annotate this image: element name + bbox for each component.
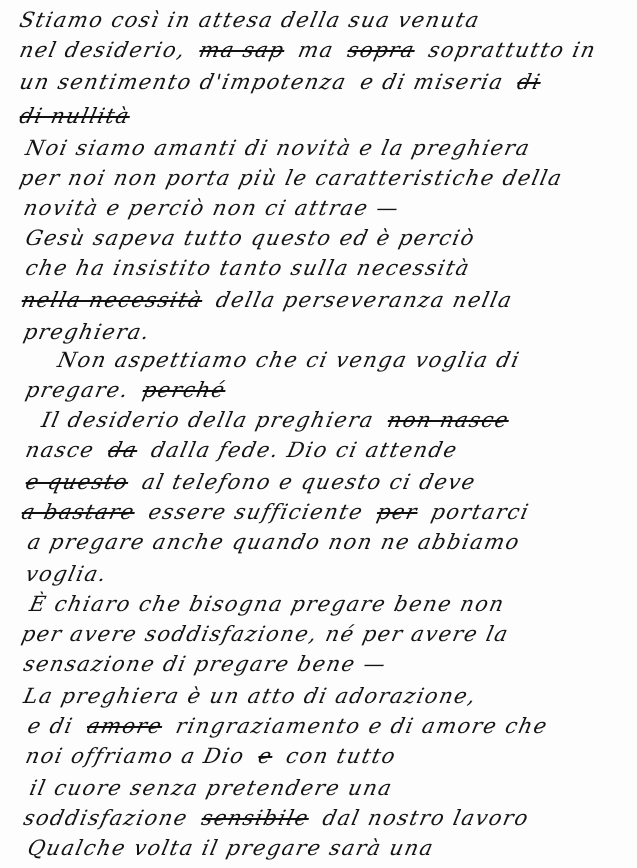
text-segment: pregare.: [23, 378, 131, 402]
text-segment: per avere soddisfazione, né per avere la: [19, 622, 511, 646]
text-segment: È chiaro che bisogna pregare bene non: [27, 592, 507, 616]
struck-text: sopra: [345, 38, 417, 62]
text-segment: La preghiera è un atto di adorazione,: [21, 684, 479, 708]
text-segment: preghiera.: [21, 320, 152, 344]
text-segment: con tutto: [284, 744, 399, 768]
text-segment: portarci: [429, 500, 532, 524]
struck-text: e questo: [23, 470, 130, 494]
text-segment: Noi siamo amanti di novità e la preghier…: [23, 136, 532, 160]
text-segment: essere sufficiente: [146, 500, 366, 524]
struck-text: a bastare: [19, 500, 137, 524]
text-segment: soddisfazione: [21, 806, 190, 830]
text-segment: nasce: [23, 438, 97, 462]
struck-text: non nasce: [385, 408, 511, 432]
text-segment: soprattutto in: [426, 38, 598, 62]
text-segment: voglia.: [23, 562, 109, 586]
text-segment: sensazione di pregare bene —: [21, 652, 389, 676]
text-segment: Il desiderio della preghiera: [39, 408, 376, 432]
struck-text: da: [106, 438, 140, 462]
text-segment: per noi non porta più le caratteristiche…: [17, 166, 565, 190]
text-segment: ringraziamento e di amore che: [174, 714, 551, 738]
text-segment: a pregare anche quando non ne abbiamo: [25, 530, 522, 554]
text-segment: un sentimento d'impotenza: [17, 70, 349, 94]
text-segment: novità e perciò non ci attrae —: [21, 196, 401, 220]
struck-text: di nullità: [17, 104, 132, 128]
text-segment: Qualche volta il pregare sarà una: [25, 836, 436, 860]
text-segment: e di miseria: [358, 70, 506, 94]
text-segment: al telefono e questo ci deve: [140, 470, 479, 494]
text-segment: Gesù sapeva tutto questo ed è perciò: [23, 226, 477, 250]
struck-text: ma sap: [197, 38, 287, 62]
text-segment: noi offriamo a Dio: [23, 744, 247, 768]
struck-text: di: [515, 70, 543, 94]
struck-text: amore: [85, 714, 165, 738]
text-segment: che ha insistito tanto sulla necessità: [23, 256, 472, 280]
text-segment: della perseveranza nella: [214, 288, 515, 312]
text-segment: il cuore senza pretendere una: [27, 776, 395, 800]
text-segment: Non aspettiamo che ci venga voglia di: [55, 348, 522, 372]
text-segment: dalla fede. Dio ci attende: [149, 438, 460, 462]
text-segment: e di: [25, 714, 75, 738]
manuscript-line: Qualche volta il pregare sarà una: [0, 836, 637, 868]
manuscript-page: Stiamo così in attesa della sua venutane…: [0, 0, 637, 868]
text-segment: ma: [296, 38, 337, 62]
struck-text: per: [375, 500, 421, 524]
struck-text: e: [256, 744, 275, 768]
struck-text: perché: [140, 378, 228, 402]
text-segment: nel desiderio,: [17, 38, 188, 62]
struck-text: sensibile: [199, 806, 311, 830]
text-segment: Stiamo così in attesa della sua venuta: [17, 8, 482, 32]
text-segment: dal nostro lavoro: [320, 806, 531, 830]
struck-text: nella necessità: [19, 288, 205, 312]
